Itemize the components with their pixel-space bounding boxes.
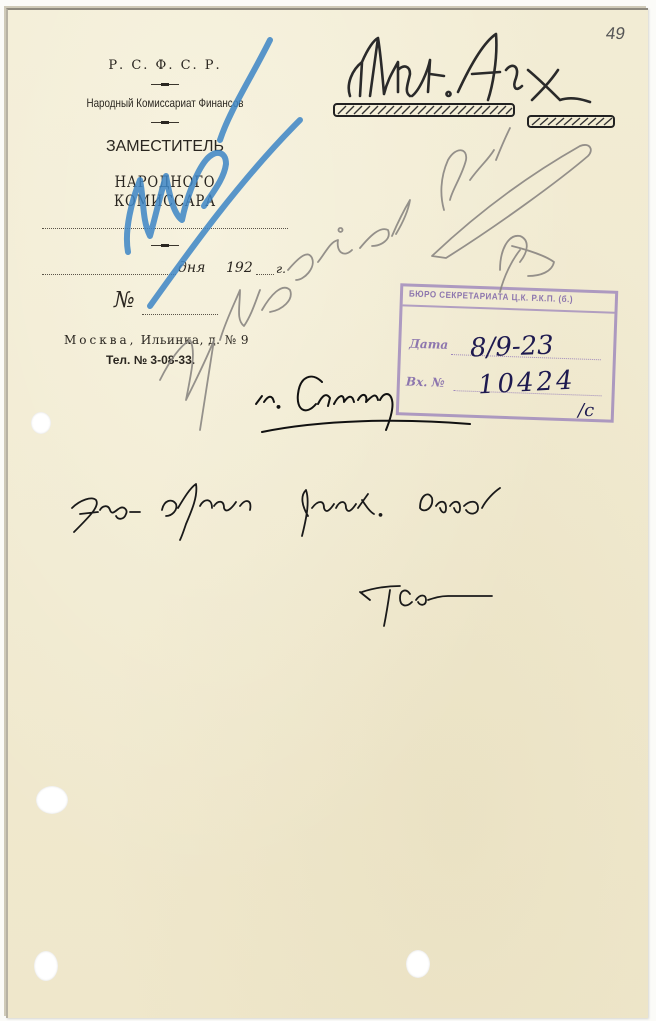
date-label-day: дня [178, 260, 205, 276]
stamp-incoming-value: 10424 [477, 365, 576, 400]
letterhead-ministry: Народный Комиссариат Финансов [63, 96, 268, 110]
letterhead-position-line2: НАРОДНОГО КОМИССАРА [63, 172, 268, 210]
document-page [6, 8, 648, 1018]
stamp-divider [403, 304, 615, 313]
punch-hole [34, 951, 58, 981]
date-day-field [42, 274, 176, 275]
letterhead-address: Москва, Ильинка, д. № 9 [64, 333, 249, 347]
folio-number: 49 [605, 24, 627, 44]
letterhead-separator [151, 245, 179, 246]
stamp-header: БЮРО СЕКРЕТАРИАТА Ц.К. Р.К.П. (б.) [409, 289, 573, 305]
date-label-g: г. [276, 262, 286, 276]
letterhead-separator [151, 122, 179, 123]
stamp-incoming-suffix: /с [578, 400, 594, 421]
punch-hole [31, 412, 51, 434]
letterhead-dotted-line [42, 228, 288, 229]
letterhead-position-line1: ЗАМЕСТИТЕЛЬ [40, 138, 290, 156]
stamp-date-label: Дата [409, 337, 448, 352]
letterhead-separator [151, 84, 179, 85]
address-street: Ильинка, д. № 9 [141, 333, 249, 347]
punch-hole [406, 950, 430, 978]
stamp-date-value: 8/9-23 [470, 331, 555, 364]
date-year-field [256, 274, 274, 275]
punch-hole [36, 786, 68, 814]
letterhead-state: Р. С. Ф. С. Р. [40, 58, 290, 73]
number-field [142, 314, 218, 315]
letterhead-phone: Тел. № 3-08-33. [106, 353, 195, 367]
stamp-incoming-label: Вх. № [406, 374, 445, 389]
number-label: № [114, 288, 135, 313]
date-label-year: 192 [226, 260, 253, 276]
address-city: Москва, [64, 333, 136, 347]
